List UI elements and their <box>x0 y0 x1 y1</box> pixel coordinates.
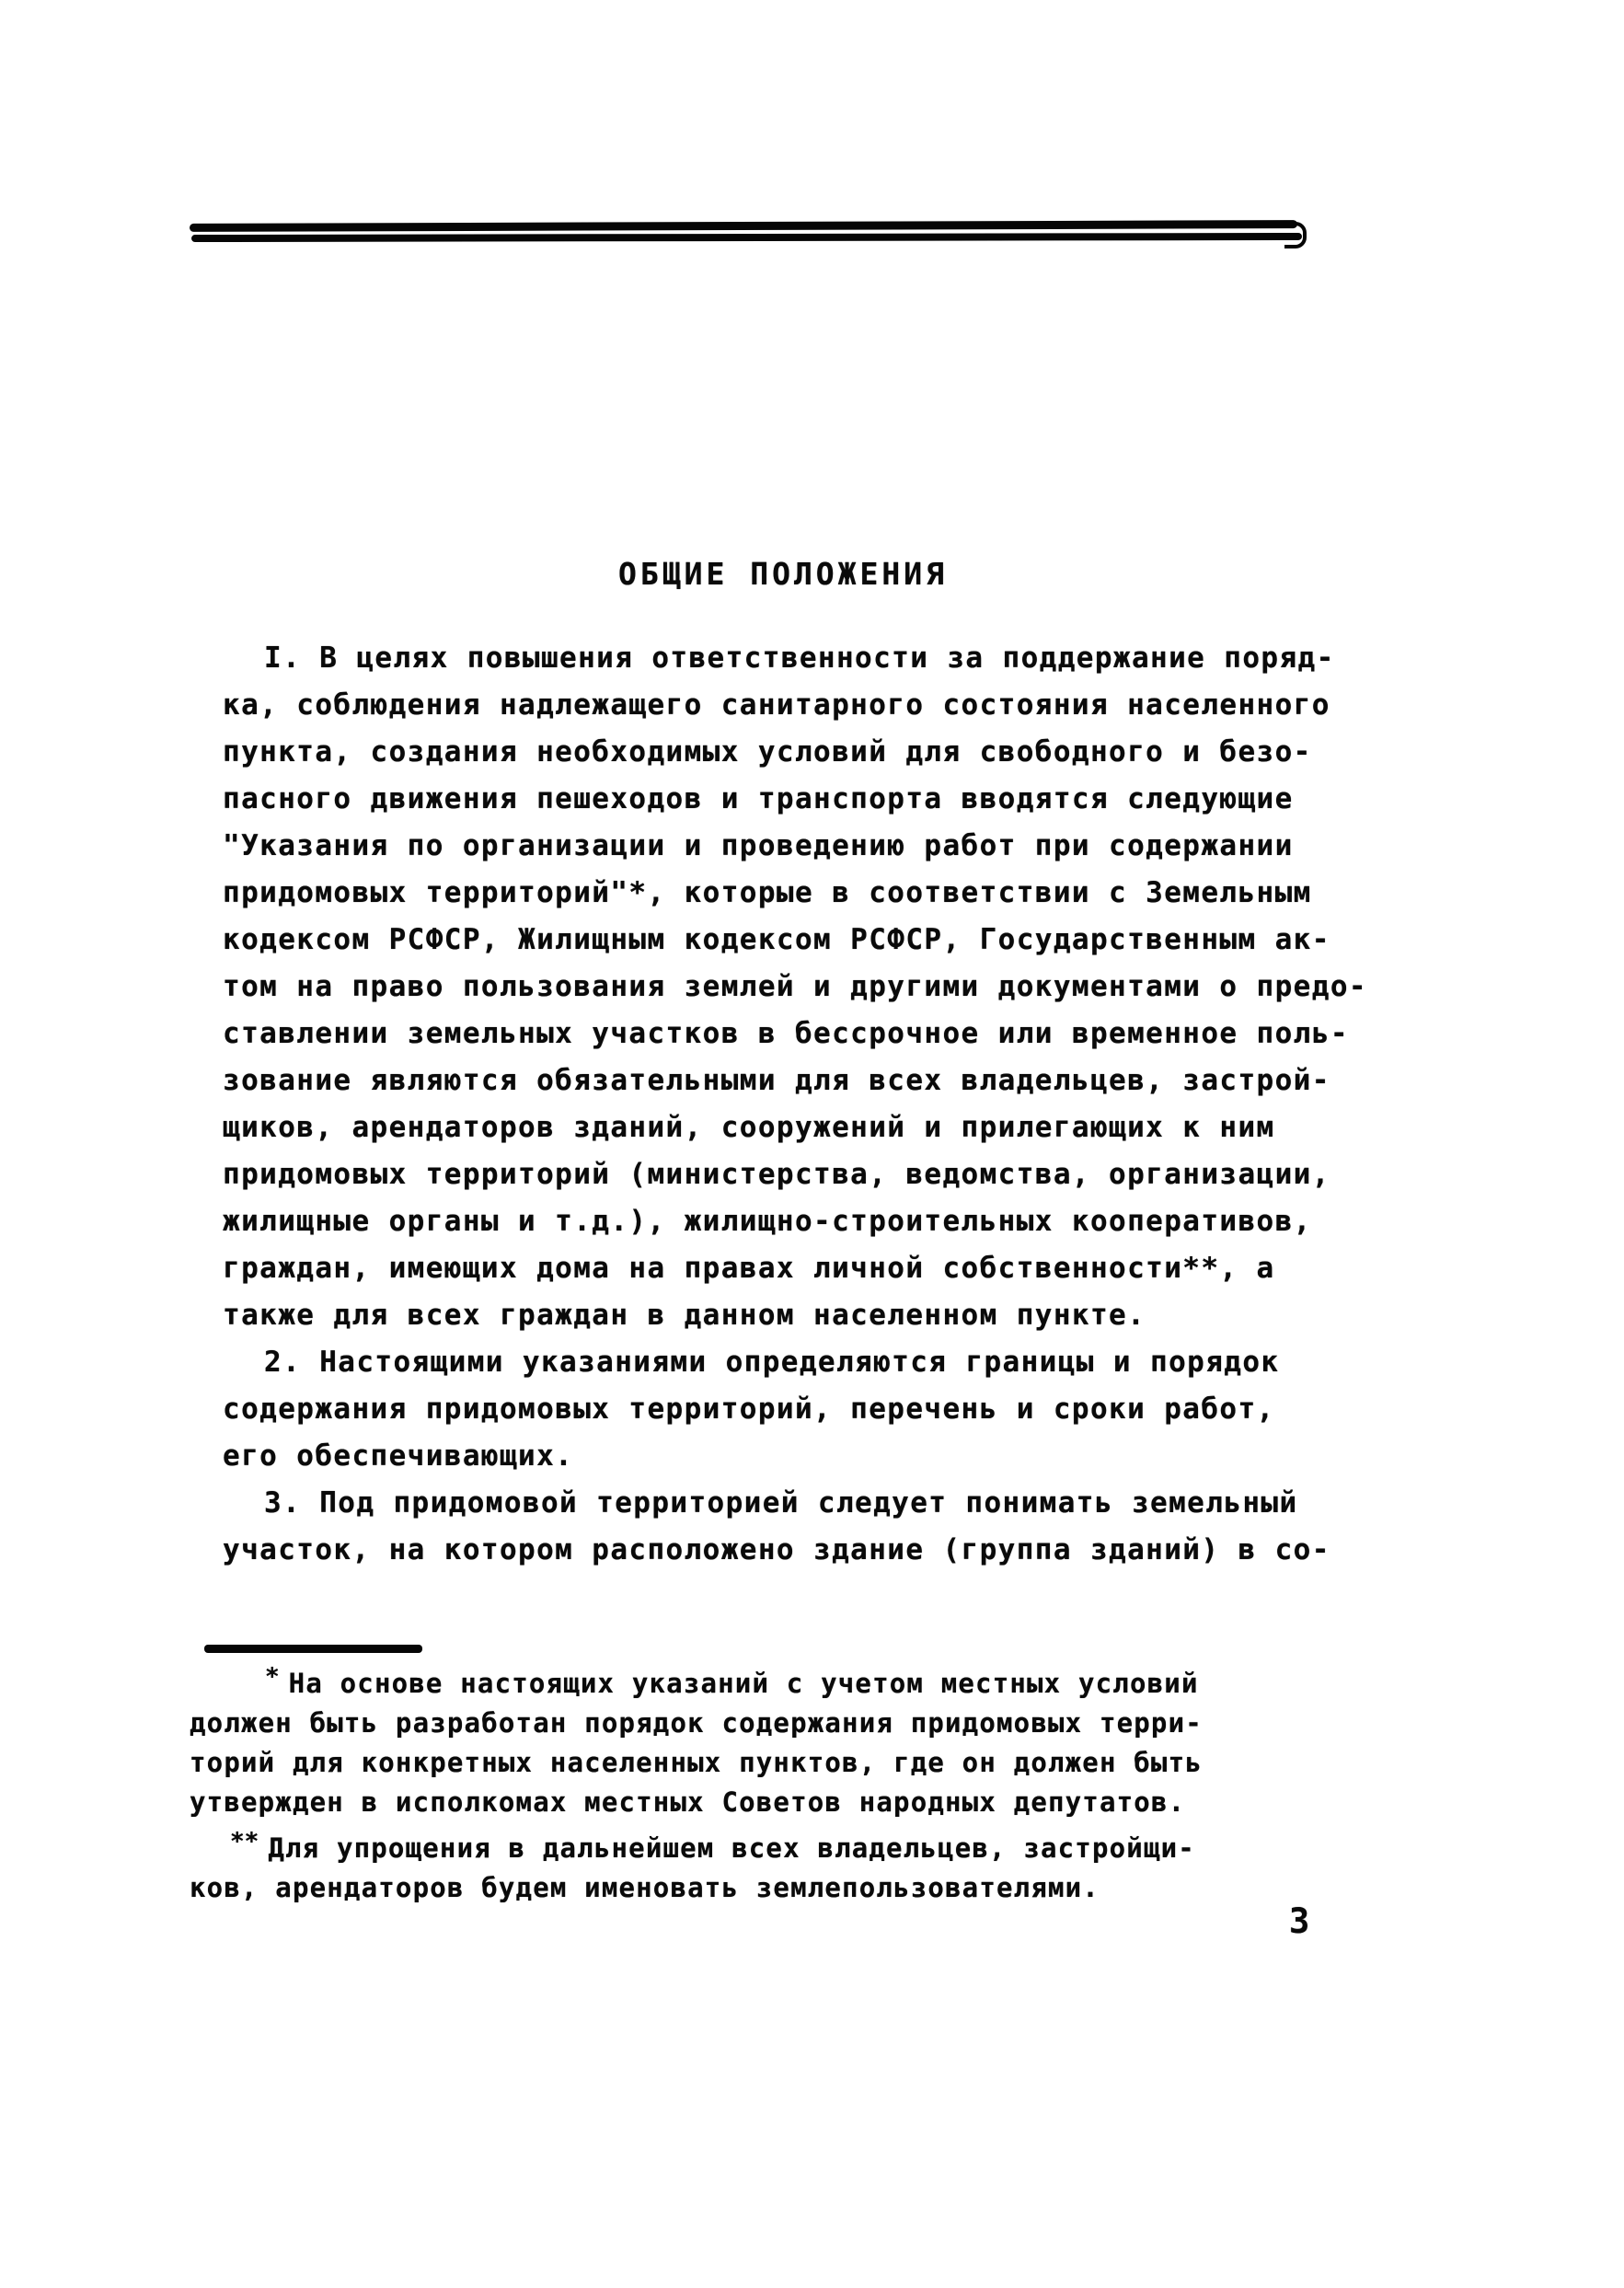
text-line: том на право пользования землей и другим… <box>223 964 1382 1011</box>
footnote-asterisk-marker: * <box>265 1663 289 1691</box>
page-number: 3 <box>1289 1901 1309 1941</box>
text-line: I. В целях повышения ответственности за … <box>223 635 1382 682</box>
text-line: также для всех граждан в данном населенн… <box>223 1292 1382 1339</box>
text-line: жилищные органы и т.д.), жилищно-строите… <box>223 1198 1382 1245</box>
text-line: содержания придомовых территорий, перече… <box>223 1386 1382 1433</box>
footnote-line: торий для конкретных населенных пунктов,… <box>190 1743 1386 1783</box>
footnote-double-asterisk-marker: ** <box>230 1828 268 1855</box>
text-line: щиков, арендаторов зданий, сооружений и … <box>223 1104 1382 1151</box>
main-text-block: I. В целях повышения ответственности за … <box>223 635 1382 1574</box>
footnote-text: Для упрощения в дальнейшем всех владельц… <box>268 1832 1195 1864</box>
text-line: зование являются обязательными для всех … <box>223 1057 1382 1104</box>
footnote-line: *На основе настоящих указаний с учетом м… <box>190 1658 1386 1704</box>
text-line: ка, соблюдения надлежащего санитарного с… <box>223 682 1382 729</box>
footnote-line: утвержден в исполкомах местных Советов н… <box>190 1783 1386 1822</box>
text-line: кодексом РСФСР, Жилищным кодексом РСФСР,… <box>223 917 1382 964</box>
text-line: ставлении земельных участков в бессрочно… <box>223 1011 1382 1057</box>
footnote-line: должен быть разработан порядок содержани… <box>190 1704 1386 1743</box>
text-line: 3. Под придомовой территорией следует по… <box>223 1480 1382 1527</box>
document-page: ОБЩИЕ ПОЛОЖЕНИЯ I. В целях повышения отв… <box>0 0 1624 2288</box>
text-line: "Указания по организации и проведению ра… <box>223 823 1382 870</box>
top-double-rule-upper <box>190 220 1297 232</box>
text-line: 2. Настоящими указаниями определяются гр… <box>223 1339 1382 1386</box>
top-double-rule-lower <box>191 233 1302 242</box>
footnote-line: ков, арендаторов будем именовать землепо… <box>190 1868 1386 1908</box>
footnote-line: **Для упрощения в дальнейшем всех владел… <box>190 1822 1386 1868</box>
top-double-rule-end-curl <box>1284 222 1307 248</box>
text-line: его обеспечивающих. <box>223 1433 1382 1480</box>
text-line: пасного движения пешеходов и транспорта … <box>223 776 1382 823</box>
text-line: участок, на котором расположено здание (… <box>223 1527 1382 1574</box>
footnote-text: На основе настоящих указаний с учетом ме… <box>289 1668 1199 1699</box>
text-line: придомовых территорий"*, которые в соотв… <box>223 870 1382 917</box>
footnote-separator-rule <box>204 1645 422 1653</box>
text-line: придомовых территорий (министерства, вед… <box>223 1151 1382 1198</box>
footnotes-block: *На основе настоящих указаний с учетом м… <box>190 1658 1386 1908</box>
text-line: пункта, создания необходимых условий для… <box>223 729 1382 776</box>
page-title: ОБЩИЕ ПОЛОЖЕНИЯ <box>618 556 948 592</box>
text-line: граждан, имеющих дома на правах личной с… <box>223 1245 1382 1292</box>
